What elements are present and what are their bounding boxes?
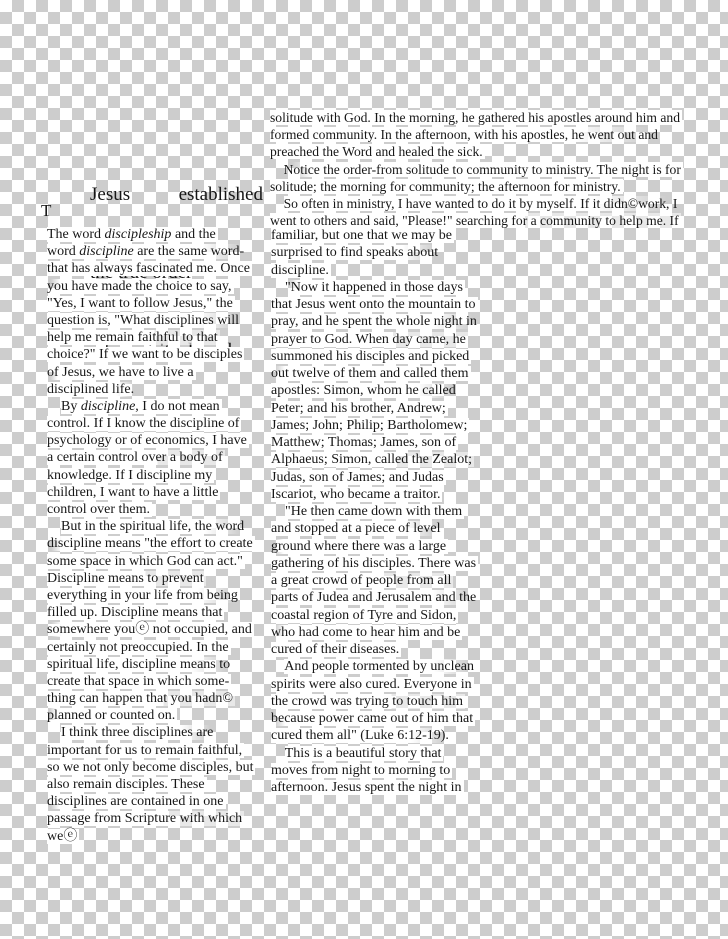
text-line: some space in which God can act." bbox=[47, 553, 271, 570]
text-line: The word discipleship and the bbox=[47, 226, 271, 243]
text-line: a great crowd of people from all bbox=[271, 572, 495, 589]
text-line: filled up. Discipline means that bbox=[47, 604, 271, 621]
text-line: help me remain faithful to that bbox=[47, 329, 271, 346]
text-line: knowledge. If I discipline my bbox=[47, 467, 271, 484]
text-line: Matthew; Thomas; James, son of bbox=[271, 434, 495, 451]
text-line: Alphaeus; Simon, called the Zealot; bbox=[271, 451, 495, 468]
text-line: I think three disciplines are bbox=[47, 724, 271, 741]
text-line: important for us to remain faithful, bbox=[47, 742, 271, 759]
text-line: because power came out of him that bbox=[271, 710, 495, 727]
text-line: ground where there was a large bbox=[271, 538, 495, 555]
text-line: the crowd was trying to touch him bbox=[271, 693, 495, 710]
text-line: coastal region of Tyre and Sidon, bbox=[271, 607, 495, 624]
text-line: discipline. bbox=[271, 262, 495, 279]
text-line: "He then came down with them bbox=[271, 503, 495, 520]
text-line: By discipline, I do not mean bbox=[47, 398, 271, 415]
text-line: familiar, but one that we may be bbox=[271, 227, 495, 244]
heading-word-established: established bbox=[179, 182, 263, 208]
text-line: gathering of his disciples. There was bbox=[271, 555, 495, 572]
left-text-column: The word discipleship and theword discip… bbox=[47, 226, 271, 845]
text-line: This is a beautiful story that bbox=[271, 745, 495, 762]
text-line: Notice the order-from solitude to commun… bbox=[270, 161, 712, 178]
text-line: out twelve of them and called them bbox=[271, 365, 495, 382]
text-line: you have made the choice to say, bbox=[47, 278, 271, 295]
text-line: So often in ministry, I have wanted to d… bbox=[270, 195, 712, 212]
text-line: control. If I know the discipline of bbox=[47, 415, 271, 432]
text-line: spiritual life, discipline means to bbox=[47, 656, 271, 673]
text-line: solitude; the morning for community; the… bbox=[270, 178, 712, 195]
text-line: thing can happen that you hadn© bbox=[47, 690, 271, 707]
document-page: Jesus established the true order for spi… bbox=[0, 0, 728, 939]
text-line: that Jesus went onto the mountain to bbox=[271, 296, 495, 313]
top-right-paragraph-block: solitude with God. In the morning, he ga… bbox=[270, 109, 712, 229]
text-line: Iscariot, who became a traitor. bbox=[271, 486, 495, 503]
text-line: solitude with God. In the morning, he ga… bbox=[270, 109, 712, 126]
text-line: also remain disciples. These bbox=[47, 776, 271, 793]
text-line: create that space in which some- bbox=[47, 673, 271, 690]
text-line: certainly not preoccupied. In the bbox=[47, 639, 271, 656]
text-line: planned or counted on. bbox=[47, 707, 271, 724]
text-line: word discipline are the same word- bbox=[47, 243, 271, 260]
text-line: "Now it happened in those days bbox=[271, 279, 495, 296]
text-line: cured of their diseases. bbox=[271, 641, 495, 658]
text-line: Judas, son of James; and Judas bbox=[271, 469, 495, 486]
text-line: choice?" If we want to be disciples bbox=[47, 346, 271, 363]
text-line: pray, and he spent the whole night in bbox=[271, 313, 495, 330]
text-line: that has always fascinated me. Once bbox=[47, 260, 271, 277]
text-line: weⓔ bbox=[47, 828, 271, 845]
text-line: But in the spiritual life, the word bbox=[47, 518, 271, 535]
text-line: surprised to find speaks about bbox=[271, 244, 495, 261]
text-line: question is, "What disciplines will bbox=[47, 312, 271, 329]
text-line: Peter; and his brother, Andrew; bbox=[271, 400, 495, 417]
heading-word-jesus: Jesus bbox=[90, 182, 130, 208]
margin-drop-cap: T bbox=[41, 202, 51, 219]
text-line: control over them. bbox=[47, 501, 271, 518]
text-line: somewhere youⓔ not occupied, and bbox=[47, 621, 271, 638]
text-line: Discipline means to prevent bbox=[47, 570, 271, 587]
text-line: spirits were also cured. Everyone in bbox=[271, 676, 495, 693]
text-line: cured them all" (Luke 6:12-19). bbox=[271, 727, 495, 744]
text-line: children, I want to have a little bbox=[47, 484, 271, 501]
text-line: moves from night to morning to bbox=[271, 762, 495, 779]
heading-line-1: Jesus established bbox=[90, 182, 263, 208]
right-text-column: familiar, but one that we may besurprise… bbox=[271, 227, 495, 796]
text-line: afternoon. Jesus spent the night in bbox=[271, 779, 495, 796]
text-line: disciplined life. bbox=[47, 381, 271, 398]
text-line: of Jesus, we have to live a bbox=[47, 364, 271, 381]
text-line: a certain control over a body of bbox=[47, 449, 271, 466]
text-line: who had come to hear him and be bbox=[271, 624, 495, 641]
text-line: And people tormented by unclean bbox=[271, 658, 495, 675]
text-line: formed community. In the afternoon, with… bbox=[270, 126, 712, 143]
text-line: discipline means "the effort to create bbox=[47, 535, 271, 552]
text-line: prayer to God. When day came, he bbox=[271, 331, 495, 348]
text-line: and stopped at a piece of level bbox=[271, 520, 495, 537]
text-line: apostles: Simon, whom he called bbox=[271, 382, 495, 399]
text-line: disciplines are contained in one bbox=[47, 793, 271, 810]
text-line: parts of Judea and Jerusalem and the bbox=[271, 589, 495, 606]
text-line: passage from Scripture with which bbox=[47, 810, 271, 827]
text-line: preached the Word and healed the sick. bbox=[270, 143, 712, 160]
text-line: "Yes, I want to follow Jesus," the bbox=[47, 295, 271, 312]
text-line: so we not only become disciples, but bbox=[47, 759, 271, 776]
text-line: everything in your life from being bbox=[47, 587, 271, 604]
text-line: psychology or of economics, I have bbox=[47, 432, 271, 449]
text-line: James; John; Philip; Bartholomew; bbox=[271, 417, 495, 434]
text-line: summoned his disciples and picked bbox=[271, 348, 495, 365]
